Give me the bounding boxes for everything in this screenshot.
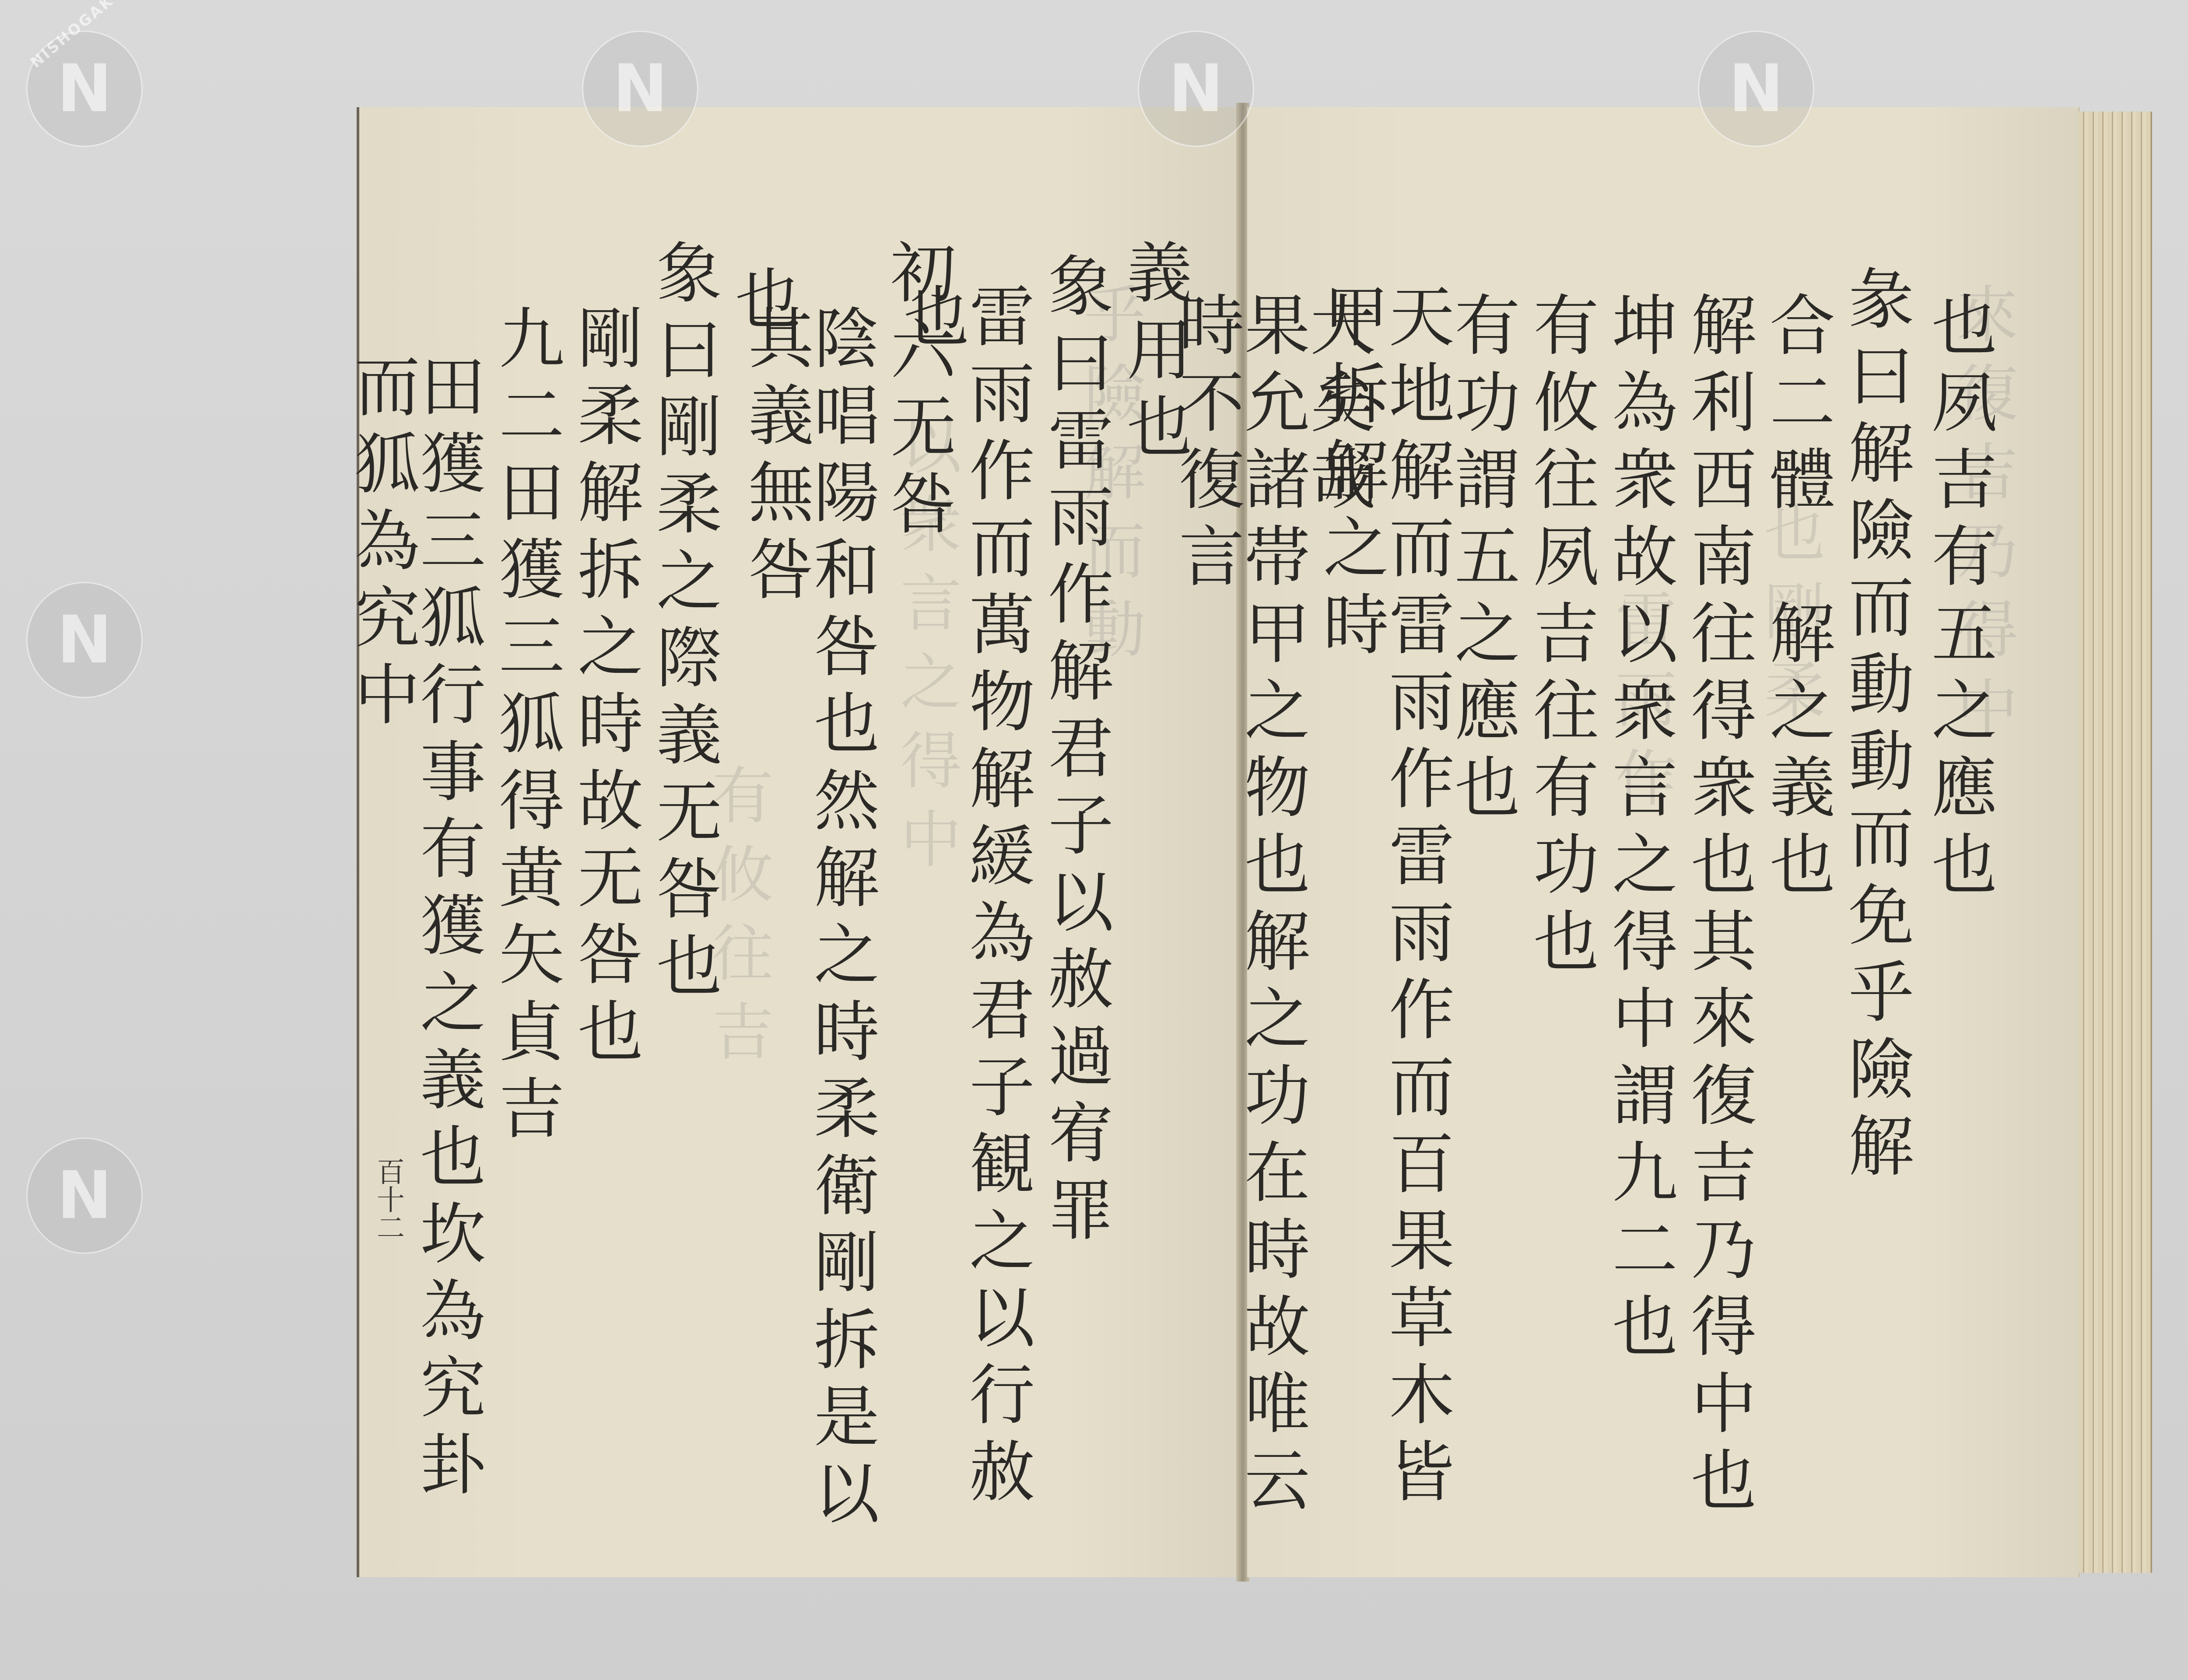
watermark-logo: NNISHOGAKUSHA <box>26 31 143 147</box>
text-column: 合二體 解之義也 <box>1764 291 1829 907</box>
right-page: 來復吉乃得中 也剛柔 雷雨作 也夙吉有五之應也 彖曰解險而動動而免乎險解 合二體… <box>1247 107 2079 1577</box>
text-column: 陰唱陽和咎也然解之時柔衛剛拆是以其義無咎 <box>742 304 873 1577</box>
folio-number: 百十二 <box>368 1157 408 1241</box>
text-column: 九二田獲三狐得黄矢貞吉 <box>493 304 558 1151</box>
open-book: 乎險解而動 以衆言之得中 有攸往吉 義用也 象曰雷雨作解君子以赦過宥罪 雷雨作而… <box>357 98 2151 1577</box>
watermark-logo: N <box>26 582 143 698</box>
text-column: 彖曰解險而動動而免乎險解 <box>1842 265 1908 1189</box>
text-column: 有攸往夙吉往有功也 <box>1527 291 1593 984</box>
text-column: 也夙吉有五之應也 <box>1925 291 1991 907</box>
text-column: 象曰剛柔之際義无咎也 <box>650 238 716 1008</box>
text-column: 有功謂五之應也 <box>1448 291 1514 830</box>
text-column: 象曰雷雨作解君子以赦過宥罪 <box>1042 252 1108 1253</box>
text-column: 坤為衆故以衆言之得中謂九二也 <box>1606 291 1672 1369</box>
watermark-logo: N <box>26 1137 143 1254</box>
text-column: 大矣哉 <box>1304 291 1370 522</box>
text-column: 初六无咎 <box>884 238 950 546</box>
text-column: 剛柔解拆之時故无咎也 <box>572 304 637 1074</box>
text-column: 果允諸帯甲之物也解之功在時故唯云時不復言 <box>1173 291 1304 1577</box>
text-column: 田獲三狐行事有獲之義也坎為究卦而狐為究中 <box>348 352 480 1577</box>
text-column: 解利西南往得衆也其來復吉乃得中也 <box>1685 291 1750 1523</box>
text-column: 也 <box>729 265 795 342</box>
page-edges <box>2079 112 2152 1573</box>
left-page: 乎險解而動 以衆言之得中 有攸往吉 義用也 象曰雷雨作解君子以赦過宥罪 雷雨作而… <box>357 107 1241 1577</box>
